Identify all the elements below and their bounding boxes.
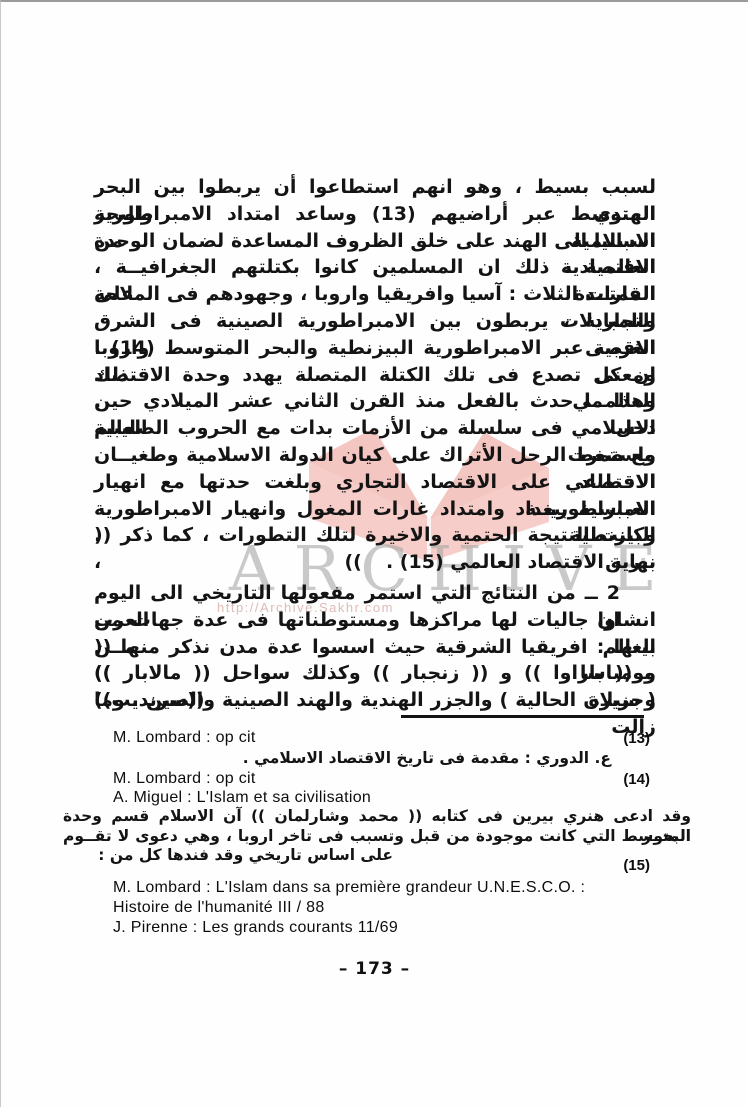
footnote-latin-line: M. Lombard : op cit	[113, 729, 256, 747]
text-line: وكانت النتيجة الحتمية والاخيرة لتلك التط…	[94, 522, 656, 549]
text-line: اسبانيا الى الهند على خلق الظروف المساعد…	[94, 228, 656, 255]
text-line: و (( باراوا )) و (( زنجبار )) وكذلك سواح…	[94, 660, 656, 687]
text-line: القارات الثلاث : آسيا وافريقيا واروبا ، …	[94, 281, 656, 308]
footnote-latin-line: Histoire de l'humanité III / 88	[113, 898, 585, 918]
main-text-paragraph-2: 2 ــ من النتائج التي استمر مفعولها التار…	[94, 580, 656, 714]
text-line: لسبب بسيط ، وهو انهم استطاعوا أن يربطوا …	[94, 174, 656, 201]
footnote-arabic-line: ع. الدوري : مقدمة فى تاريخ الاقتصاد الاس…	[243, 749, 611, 767]
text-line: التجارية ، يربطون بين الامبراطورية الصين…	[94, 308, 656, 335]
footnote-14-arabic-paragraph: وقد ادعى هنري بيرين فى كتابه (( محمد وشا…	[63, 807, 691, 866]
footnote-number-15: (15)	[623, 857, 650, 874]
footnote-15-block: M. Lombard : L'Islam dans sa première gr…	[113, 878, 585, 938]
footnote-14-row: M. Lombard : op cit	[113, 770, 650, 790]
footnote-arabic-line: وقد ادعى هنري بيرين فى كتابه (( محمد وشا…	[63, 807, 691, 827]
text-line: انشاوا جاليات لها مراكزها ومستوطناتها فى…	[94, 607, 656, 634]
text-line: المتوسط عبر أراضيهم (13) وساعد امتداد ال…	[94, 201, 656, 228]
footnote-arabic-line: المتوسط التي كانت موجودة من قبل وتسبب فى…	[63, 827, 691, 847]
text-line: ( سيلان الحالية ) والجزر الهندية والهند …	[94, 687, 656, 714]
footnote-14-row2: A. Miguel : L'Islam et sa civilisation	[113, 789, 650, 809]
text-line: 2 ــ من النتائج التي استمر مفعولها التار…	[94, 580, 656, 607]
text-line: العالمية . ذلك ان المسلمين كانوا بكتلتهم…	[94, 254, 656, 281]
page-number: – 173 –	[1, 959, 748, 979]
text-line: ان كل تصدع فى تلك الكتلة المتصلة يهدد وح…	[94, 362, 656, 389]
footnote-separator-rule	[401, 715, 644, 718]
footnote-latin-line: J. Pirenne : Les grands courants 11/69	[113, 918, 585, 938]
footnote-latin-line: M. Lombard : L'Islam dans sa première gr…	[113, 878, 585, 898]
footnote-arabic-line: على اساس تاريخي وقد فندها كل من :	[63, 846, 691, 866]
text-line: العباسية ببغداد وامتداد غارات المغول وان…	[94, 496, 656, 523]
footnote-number-14: (14)	[623, 771, 650, 788]
scanned-book-page: ARCHIVE http://Archive.Sakhr.com لسبب بس…	[0, 0, 748, 1107]
footnote-latin-line: A. Miguel : L'Islam et sa civilisation	[113, 789, 371, 807]
text-line: وهذا ما حدث بالفعل منذ القرن الثاني عشر …	[94, 388, 656, 415]
footnote-13-row: M. Lombard : op cit	[113, 729, 650, 749]
text-line: الاسلامي فى سلسلة من الأزمات بدات مع الح…	[94, 415, 656, 442]
main-text-paragraph-1: لسبب بسيط ، وهو انهم استطاعوا أن يربطوا …	[94, 174, 656, 576]
text-line: الغربية عبر الامبراطورية البيزنطية والبح…	[94, 335, 656, 362]
footnote-number-13: (13)	[623, 730, 650, 747]
text-line: مع ضغط الرحل الأتراك على كيان الدولة الا…	[94, 442, 656, 469]
text-line: الاقطاعي على الاقتصاد التجاري وبلغت حدته…	[94, 469, 656, 496]
footnote-latin-line: M. Lombard : op cit	[113, 770, 256, 788]
text-line: بينها : افريقيا الشرقية حيث اسسوا عدة مد…	[94, 634, 656, 661]
